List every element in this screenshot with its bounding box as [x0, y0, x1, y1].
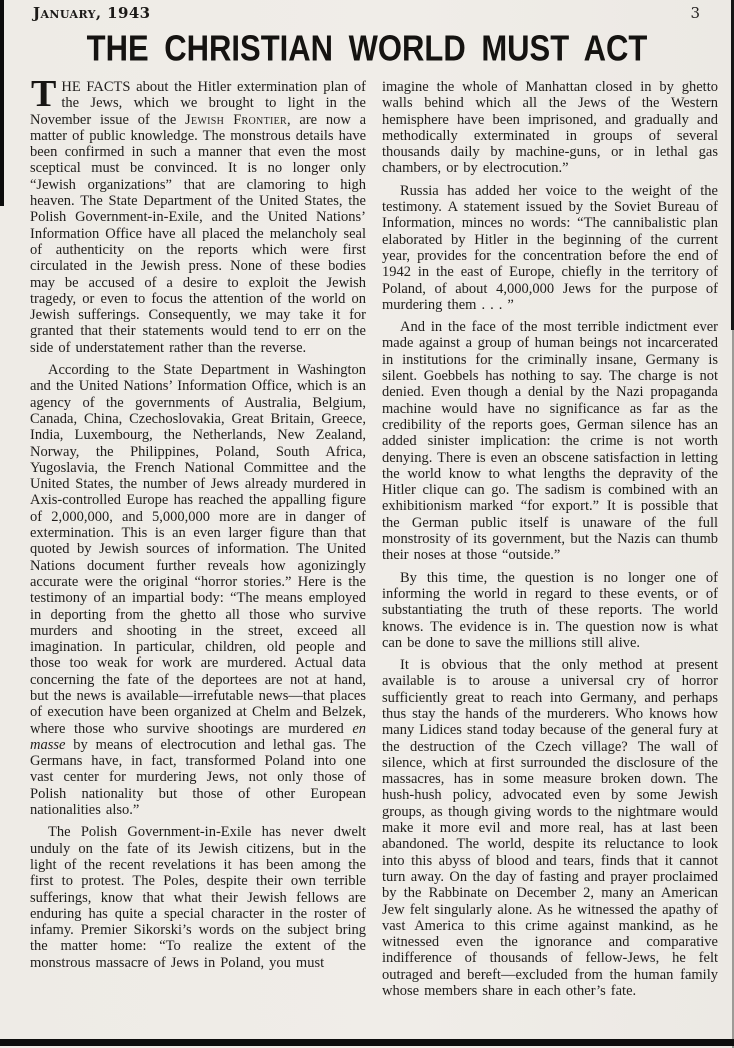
paragraph: And in the face of the most terrible ind…	[382, 319, 718, 563]
page-number: 3	[690, 4, 706, 22]
magazine-page: January, 1943 3 THE CHRISTIAN WORLD MUST…	[0, 0, 734, 1048]
text-segment: Jewish Frontier	[185, 112, 287, 128]
paragraph: THE FACTS about the Hitler extermination…	[30, 79, 366, 356]
right-column: imagine the whole of Manhattan closed in…	[382, 79, 718, 999]
article-body: THE FACTS about the Hitler extermination…	[0, 64, 734, 999]
article-title: THE CHRISTIAN WORLD MUST ACT	[0, 28, 734, 70]
paragraph: According to the State Department in Was…	[30, 362, 366, 818]
drop-cap: T	[30, 79, 61, 108]
text-segment: , are now a matter of public knowledge. …	[30, 112, 366, 356]
left-column: THE FACTS about the Hitler extermination…	[30, 79, 366, 999]
paragraph: The Polish Government-in-Exile has never…	[30, 824, 366, 971]
paragraph: imagine the whole of Manhattan closed in…	[382, 79, 718, 177]
text-segment: The Polish Government-in-Exile has never…	[30, 824, 366, 970]
text-segment: imagine the whole of Manhattan closed in…	[382, 79, 718, 176]
text-segment: It is obvious that the only method at pr…	[382, 657, 718, 999]
text-segment: According to the State Department in Was…	[30, 362, 366, 737]
text-segment: And in the face of the most terrible ind…	[382, 319, 718, 563]
paragraph: It is obvious that the only method at pr…	[382, 657, 718, 999]
text-segment: by means of electrocution and lethal gas…	[30, 737, 366, 818]
paragraph: By this time, the question is no longer …	[382, 570, 718, 651]
paragraph: Russia has added her voice to the weight…	[382, 183, 718, 313]
masthead: January, 1943 3	[0, 0, 734, 22]
issue-date: January, 1943	[33, 4, 151, 22]
text-segment: By this time, the question is no longer …	[382, 570, 718, 651]
scan-edge-left	[0, 0, 4, 206]
text-segment: Russia has added her voice to the weight…	[382, 183, 718, 313]
scan-edge-bottom	[0, 1039, 734, 1046]
